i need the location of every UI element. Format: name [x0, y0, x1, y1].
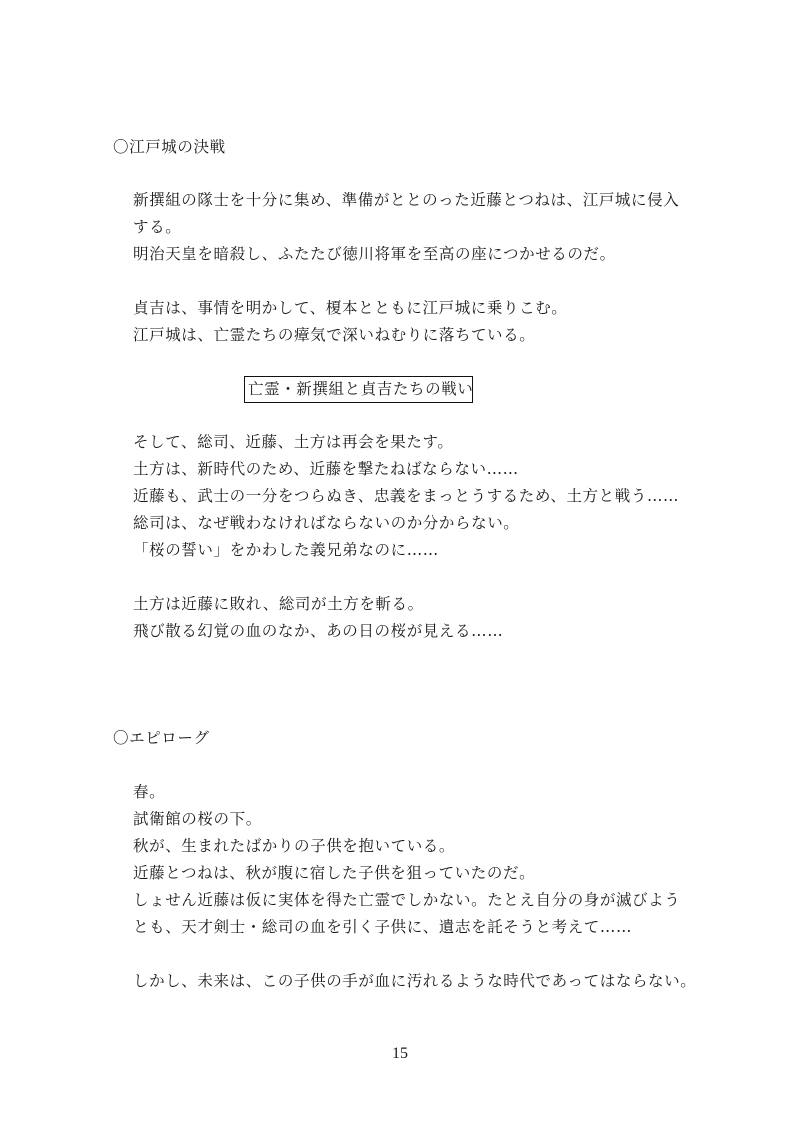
paragraph-line: 新撰組の隊士を十分に集め、準備がととのった近藤とつねは、江戸城に侵入 [133, 190, 679, 210]
paragraph-line: 秋が、生まれたばかりの子供を抱いている。 [133, 836, 455, 856]
page-number: 15 [0, 1045, 800, 1063]
paragraph-line: 近藤とつねは、秋が腹に宿した子供を狙っていたのだ。 [133, 863, 535, 883]
paragraph-line: 近藤も、武士の一分をつらぬき、忠義をまっとうするため、土方と戦う…… [133, 486, 679, 506]
paragraph-line: 土方は近藤に敗れ、総司が土方を斬る。 [133, 594, 424, 614]
paragraph-line: しょせん近藤は仮に実体を得た亡霊でしかない。たとえ自分の身が滅びよう [133, 890, 680, 910]
paragraph-line: 貞吉は、事情を明かして、榎本とともに江戸城に乗りこむ。 [133, 298, 567, 318]
paragraph-line: 土方は、新時代のため、近藤を撃たねばならない…… [133, 459, 519, 479]
section-heading-epilogue: 〇エピローグ [113, 728, 210, 748]
paragraph-line: 江戸城は、亡霊たちの瘴気で深いねむりに落ちている。 [133, 325, 535, 345]
paragraph-line: する。 [133, 217, 181, 237]
paragraph-line: 総司は、なぜ戦わなければならないのか分からない。 [133, 513, 519, 533]
paragraph-line: とも、天才剣士・総司の血を引く子供に、遺志を託そうと考えて…… [133, 917, 632, 937]
section-heading-edo-castle: 〇江戸城の決戦 [113, 137, 226, 157]
paragraph-line: 明治天皇を暗殺し、ふたたび徳川将軍を至高の座につかせるのだ。 [133, 244, 616, 264]
paragraph-line: 「桜の誓い」をかわした義兄弟なのに…… [133, 540, 439, 560]
paragraph-line: しかし、未来は、この子供の手が血に汚れるような時代であってはならない。 [133, 971, 696, 991]
paragraph-line: 春。 [133, 782, 165, 802]
paragraph-line: そして、総司、近藤、土方は再会を果たす。 [133, 432, 453, 452]
paragraph-line: 飛び散る幻覚の血のなか、あの日の桜が見える…… [133, 621, 503, 641]
paragraph-line: 試衛館の桜の下。 [133, 809, 262, 829]
boxed-battle-title: 亡霊・新撰組と貞吉たちの戦い [244, 376, 473, 403]
